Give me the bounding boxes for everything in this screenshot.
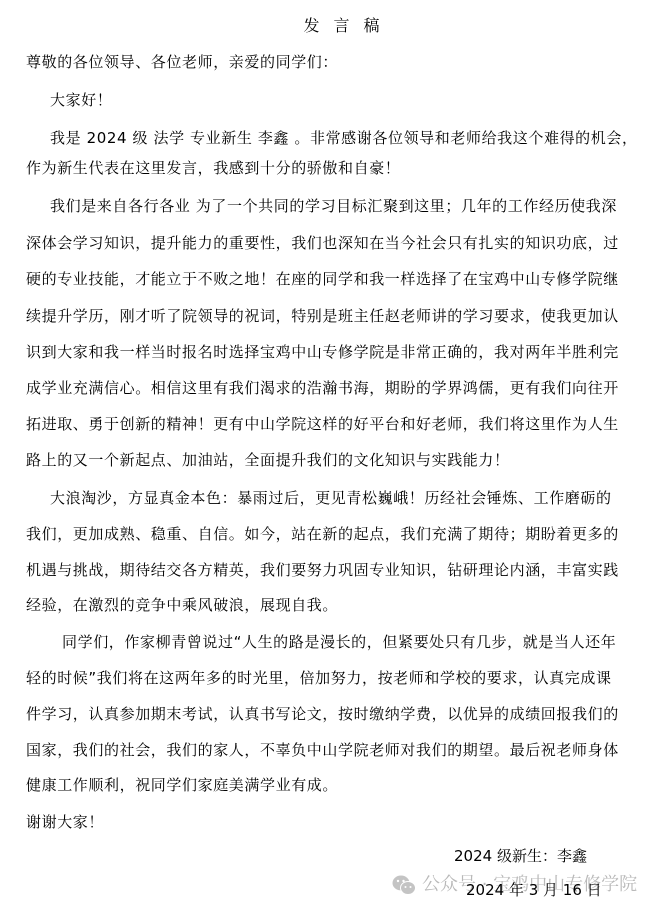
text-line: 大家好！ [50, 90, 112, 110]
signature: 2024 级新生：李鑫 [454, 846, 587, 866]
text-line: 识到大家和我一样当时报名时选择宝鸡中山专修学院是非常正确的，我对两年半胜利完 [26, 342, 619, 362]
text-line: 尊敬的各位领导、各位老师，亲爱的同学们： [26, 52, 338, 72]
text-line: 续提升学历，刚才听了院领导的祝词，特别是班主任赵老师讲的学习要求，使我更加认 [26, 306, 619, 326]
text-line: 成学业充满信心。相信这里有我们渴求的浩瀚书海，期盼的学界鸿儒，更有我们向往开 [26, 378, 619, 398]
text-line: 深体会学习知识，提升能力的重要性，我们也深知在当今社会只有扎实的知识功底，过 [26, 233, 619, 253]
text-line: 件学习，认真参加期末考试，认真书写论文，按时缴纳学费，以优异的成绩回报我们的 [26, 704, 619, 724]
text-line: 我们，更加成熟、稳重、自信。如今，站在新的起点，我们充满了期待；期盼着更多的 [26, 524, 619, 544]
text-line: 我们是来自各行各业 为了一个共同的学习目标汇聚到这里；几年的工作经历使我深 [50, 196, 617, 216]
text-line: 机遇与挑战，期待结交各方精英，我们要努力巩固专业知识，钻研理论内涵，丰富实践 [26, 560, 619, 580]
text-line: 拓进取、勇于创新的精神！更有中山学院这样的好平台和好老师，我们将这里作为人生 [26, 414, 619, 434]
text-line: 同学们，作家柳青曾说过“人生的路是漫长的，但紧要处只有几步，就是当人还年 [62, 632, 616, 652]
text-line: 作为新生代表在这里发言，我感到十分的骄傲和自豪！ [26, 158, 400, 178]
wechat-icon [392, 874, 416, 896]
text-line: 国家，我们的社会，我们的家人，不辜负中山学院老师对我们的期望。最后祝老师身体 [26, 740, 619, 760]
text-line: 大浪淘沙，方显真金本色：暴雨过后，更见青松巍峨！历经社会锤炼、工作磨砺的 [50, 488, 612, 508]
date: 2024 年 3 月 16 日 [466, 880, 602, 900]
text-line: 健康工作顺利，祝同学们家庭美满学业有成。 [26, 775, 338, 795]
text-line: 轻的时候”我们将在这两年多的时光里，倍加努力，按老师和学校的要求，认真完成课 [26, 668, 612, 688]
text-line: 经验，在激烈的竞争中乘风破浪，展现自我。 [26, 595, 338, 615]
text-line: 硬的专业技能，才能立于不败之地！在座的同学和我一样选择了在宝鸡中山专修学院继 [26, 269, 619, 289]
text-line: 谢谢大家！ [26, 812, 104, 832]
document-title: 发言稿 [0, 13, 669, 36]
text-line: 路上的又一个新起点、加油站，全面提升我们的文化知识与实践能力！ [26, 450, 510, 470]
text-line: 我是 2024 级 法学 专业新生 李鑫 。非常感谢各位领导和老师给我这个难得的… [50, 128, 638, 148]
